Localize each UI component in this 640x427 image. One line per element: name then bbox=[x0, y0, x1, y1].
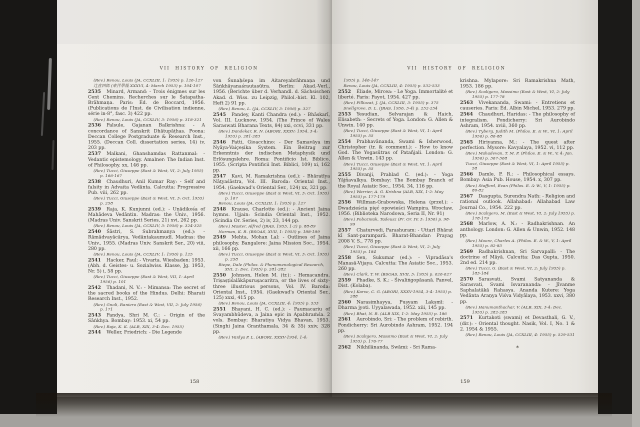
bib-entry-number: 2570 bbox=[460, 276, 478, 282]
scanned-book-photo: VII HISTORY OF RELIGION (Rev.) Renou, Lo… bbox=[0, 0, 640, 427]
bib-column-2: von Śunaḥśepa im Aitareyabrāhmaṇa und Śā… bbox=[213, 78, 330, 340]
running-header-left: VII HISTORY OF RELIGION bbox=[88, 66, 330, 71]
bib-entry-number: 2541 bbox=[88, 257, 106, 263]
book-edge-right bbox=[598, 0, 632, 414]
bib-entry-number: 2543 bbox=[88, 313, 106, 319]
bib-entry: 2542Thadani, N. V.: - Mimansa: The secre… bbox=[88, 285, 205, 302]
bib-entry-number: 2538 bbox=[88, 179, 106, 185]
bib-entry: 2544Weller, Friedrich: - Die Legende bbox=[88, 330, 205, 336]
bib-review-line: (Rev.) Tucci, Giuseppe (East & West, VII… bbox=[88, 275, 205, 285]
page-right-text-block: VII HISTORY OF RELIGION 1955) p. 146-147… bbox=[338, 66, 575, 351]
bib-review-line: (Rev.) Clark, T. W. (BSOAS, XVII, 3: 195… bbox=[338, 272, 453, 277]
page-edge-glint bbox=[47, 58, 52, 110]
bib-entry: 2571Kurtakoti (swami) et Devasthali, G. … bbox=[460, 315, 575, 332]
bib-entry-number: 2565 bbox=[460, 139, 478, 145]
bib-entry: 2555Divanji, Prahlad C. (ed.): - Yoga Yā… bbox=[338, 172, 453, 189]
bib-entry: 2548Krause, Charlotte (ed.): - Ancient J… bbox=[213, 207, 330, 224]
bib-review-line: Renou, Louis (JA, CCXLIII, 4: 1955) p. 5… bbox=[338, 83, 453, 88]
bib-entry: 2560Narasimhayya, Puṣyam Lakṣmī: - Dharm… bbox=[338, 300, 453, 311]
bib-entry-number: 2561 bbox=[338, 317, 356, 323]
bib-review-line: (Rev.) Scaligero, Massimo (East & West, … bbox=[338, 334, 453, 344]
bib-entry-number: 2567 bbox=[460, 194, 478, 200]
bib-review-line: (Rev.) Hanumanthachar, V. (ALB, XIX, 3-4… bbox=[460, 305, 575, 315]
bib-review-line: (Rev.) Tucci, Giuseppe (East & West, VI,… bbox=[88, 169, 205, 179]
bib-entry: 2556Willman-Grabowska, Helena (przeł.): … bbox=[338, 200, 453, 217]
bib-entry: 2557Chaturvedi, Parashuram: - Uttarī Bhā… bbox=[338, 227, 453, 244]
page-left: VII HISTORY OF RELIGION (Rev.) Renou, Lo… bbox=[57, 0, 332, 397]
bib-entry: 2564Chaudhuri, Haridas: - The philosophy… bbox=[460, 112, 575, 129]
bib-review-line: (Rev.) Scaligero, M. (East & West, VI, 2… bbox=[460, 211, 575, 221]
bib-entry-number: 2568 bbox=[460, 221, 478, 227]
bib-entry-number: 2548 bbox=[213, 207, 231, 213]
bib-entry: 2568Marlow, A. N.: - Radhakrishnan. An a… bbox=[460, 221, 575, 238]
bib-entry: 2552Éliade, Mircea: - Le Yoga. Immortali… bbox=[338, 89, 453, 100]
bib-entry-number: 2569 bbox=[460, 249, 478, 255]
bib-entry: 2554Prabhavānanda, Swami & Isherwood, Ch… bbox=[338, 139, 453, 161]
bib-entry-number: 2554 bbox=[338, 139, 356, 145]
bib-entry: 2536Palsule, Gajanan Balkrishna: - A con… bbox=[88, 123, 205, 151]
bib-entry: 2559Phadke, S. K.: - Śivaliṅgopāsanā. Pa… bbox=[338, 278, 453, 289]
bib-column-4: krishna. Mylapore: Sri Ramakrishna Math,… bbox=[460, 78, 575, 351]
bib-entry: 2570Sarasvati, Svami Satyananda & Sarasv… bbox=[460, 276, 575, 304]
bib-entry-number: 2553 bbox=[338, 111, 356, 117]
bib-review-line: (Rev.) Moore, Charles A. (Philos. E. & W… bbox=[460, 239, 575, 249]
bib-entry: 2543Pandya, Shri M. C.: - Origin of the … bbox=[88, 313, 205, 324]
bib-entry-number: 2536 bbox=[88, 123, 106, 129]
page-right: VII HISTORY OF RELIGION 1955) p. 146-147… bbox=[332, 0, 598, 397]
bib-entry: 2538Chaudhuri, Anil Kumar Ray: - Self an… bbox=[88, 179, 205, 196]
book-bottom-shadow bbox=[36, 393, 612, 417]
bib-entry-number: 2550 bbox=[213, 273, 231, 279]
section-end-mark: * bbox=[460, 344, 575, 351]
bib-entry-number: 2542 bbox=[88, 285, 106, 291]
bib-review-line: Renou, Louis (JA, CCXLIII, 1: 1955) p. 1… bbox=[213, 201, 330, 206]
bib-entry-number: 2555 bbox=[338, 172, 356, 178]
bib-review-line: (Rev.) Renou, Louis (JA, CCXLIII, 4: 195… bbox=[213, 301, 330, 306]
bib-entry-number: 2556 bbox=[338, 200, 356, 206]
bib-review-line: (Rev.) Tucci, Giuseppe (East & West, VI,… bbox=[88, 196, 205, 206]
bib-entry-number: 2549 bbox=[213, 235, 231, 241]
page-edge-glint bbox=[51, 140, 54, 170]
bib-review-line: (Rev.) Vaidya P. L. (ABORI, XXXV-1954, 1… bbox=[213, 335, 330, 340]
bib-entry-number: 2539 bbox=[88, 206, 106, 212]
page-edge-glint bbox=[41, 92, 45, 136]
bib-review-line: Snellgrove, D. L. (JRAS, 1956, 3-4) p. 2… bbox=[338, 106, 453, 111]
bib-review-line: Riepe, Dale (Philos. & Phenomenological … bbox=[213, 262, 330, 272]
bib-entry: 2535Minard, Armand: - Trois énigmes sur … bbox=[88, 89, 205, 117]
bib-entry: 2539Raja, K. Kunjunni (ed.): - Uṇādikośa… bbox=[88, 206, 205, 223]
bib-review-line: (Rev.) Warrier, A. G. Krishna (ALB, XIX,… bbox=[338, 189, 453, 199]
bib-review-line: (Rev.) Tucci, Giuseppe (East & West, VI,… bbox=[213, 191, 330, 201]
bib-review-line: (Rev.) Bhat, N. R. (ALB XIX, 1-2: May 19… bbox=[338, 311, 453, 316]
bib-entry: 2558Sen, Sukumar (ed.): - Vipradāsa's Ma… bbox=[338, 255, 453, 272]
bib-review-line: (Rev.) Renou, L. (JA, CCXLIV, 3: 1956) p… bbox=[213, 107, 330, 112]
bib-review-line: (Rev.) Mahadevan, T. M. P. (Philos. E. &… bbox=[460, 151, 575, 161]
bib-entry-number: 2540 bbox=[88, 229, 106, 235]
bib-entry-number: 2560 bbox=[338, 300, 356, 306]
bib-review-line: (Rev.) Renou, Louis (JA, CCXLIV, 3: 1956… bbox=[88, 117, 205, 122]
bib-entry-number: 2558 bbox=[338, 255, 356, 261]
bib-review-line: 辻直四郎 (東洋學報 XXXVI, 4: March 1953) p. 104-… bbox=[88, 83, 205, 88]
bib-entry: 2565Hiriyanna, M.: - The quest after per… bbox=[460, 139, 575, 150]
bib-entry-number: 2559 bbox=[338, 278, 356, 284]
bib-column-3: 1955) p. 146-147Renou, Louis (JA, CCXLII… bbox=[338, 78, 453, 351]
bib-review-line: (Rev.) Stafford, Evan (Philos. E. & W., … bbox=[460, 183, 575, 193]
bib-review-line: (Rev.) Tyberg, Judith M. (Philos. E. & W… bbox=[460, 129, 575, 139]
bib-review-line: (Rev.) Raja, K. K. (ALB, XIX, 3-4: Dec. … bbox=[88, 324, 205, 329]
bib-column-4-entries: krishna. Mylapore: Sri Ramakrishna Math,… bbox=[460, 78, 575, 337]
bib-review-line: (Rev.) Tucci, Giuseppe (East & West, VI,… bbox=[338, 162, 453, 172]
bib-review-line: (Rev.) Renou, Louis (JA, CCXLIV, 1: 1956… bbox=[88, 252, 205, 257]
bib-entry: 2549Mehta, Mohan Lal: - Outlines of Jain… bbox=[213, 235, 330, 252]
page-left-text-block: VII HISTORY OF RELIGION (Rev.) Renou, Lo… bbox=[88, 66, 330, 340]
bib-entry: 2569Radhakrishnan, Sri Sarvapalli: - The… bbox=[460, 249, 575, 266]
bib-entry-number: 2562 bbox=[338, 344, 356, 350]
bib-entry-number: 2546 bbox=[213, 140, 231, 146]
bib-entry-number: 2563 bbox=[460, 100, 478, 106]
bib-entry: 2545Pandey, Kanti Chandra (ed.): - Bhāsk… bbox=[213, 112, 330, 129]
bib-entry-number: 2557 bbox=[338, 227, 356, 233]
bib-entry-number: 2566 bbox=[460, 172, 478, 178]
bib-entry: 2551Bhayani, H. C. (ed.): - Paumacariu o… bbox=[213, 307, 330, 335]
bib-entry: 2540Śāstri, S. Subrahmanya (ed.): - Rāmā… bbox=[88, 229, 205, 251]
bib-entry-number: 2544 bbox=[88, 330, 106, 336]
bib-entry: 2550Johnson, Helen M. (tr.): - Hemacandr… bbox=[213, 273, 330, 301]
bib-entry-number: 2552 bbox=[338, 89, 356, 95]
bib-entry: 2563Vivekananda, Swami: - Entretiens et … bbox=[460, 100, 575, 111]
background-strip-right bbox=[632, 0, 640, 427]
bib-review-line: Tucci, Giuseppe (East & West, VI, 1: Apr… bbox=[460, 161, 575, 171]
bib-review-line: (Rev.) Tucci, Giuseppe (East & West, VI,… bbox=[338, 245, 453, 255]
bib-review-line: (Rev.) Scaligero, Massimo (East & West, … bbox=[460, 90, 575, 100]
bib-entry-number: 2571 bbox=[460, 315, 478, 321]
bib-review-line: (Rev.) Renou, Louis (JA, CCXLIII, 4: 195… bbox=[460, 333, 575, 338]
page-number-left: 158 bbox=[126, 379, 264, 385]
bib-review-line: (Rev.) Gnoli, Raniero (East & West, VII,… bbox=[88, 302, 205, 312]
bib-entry: 2553Yesudian, Selvarajan & Haich, Elisab… bbox=[338, 111, 453, 128]
running-header-right: VII HISTORY OF RELIGION bbox=[338, 66, 575, 71]
bib-entry-number: 2564 bbox=[460, 112, 478, 118]
bib-entry: 2562Nikhilānanda, Swāmi: - Sri Rama- bbox=[338, 344, 453, 350]
bib-entry-number: 2551 bbox=[213, 307, 231, 313]
bib-entry: 2566Damle, P. R.: - Philosophical essays… bbox=[460, 172, 575, 183]
bib-entry-number: 2547 bbox=[213, 174, 231, 180]
bib-column-1: (Rev.) Renou, Louis (JA, CCXLIII, 1: 195… bbox=[88, 78, 205, 340]
bib-entry: 2546Patti, Gioacchino: - Der Samavāya im… bbox=[213, 140, 330, 174]
bib-entry: 2567Dasgupta, Surendra Nath: - Religion … bbox=[460, 194, 575, 211]
bib-entry-continuation: krishna. Mylapore: Sri Ramakrishna Math,… bbox=[460, 78, 575, 89]
bib-entry-number: 2535 bbox=[88, 89, 106, 95]
bib-entry: 2561Aurobindo, Sri: - The problem of reb… bbox=[338, 317, 453, 334]
bib-entry-number: 2537 bbox=[88, 151, 106, 157]
bib-review-line: (Rev.) Tucci, Giuseppe (East & West, VI,… bbox=[213, 252, 330, 262]
bib-entry-continuation: von Śunaḥśepa im Aitareyabrāhmaṇa und Śā… bbox=[213, 78, 330, 106]
column-container: 1955) p. 146-147Renou, Louis (JA, CCXLII… bbox=[338, 78, 575, 351]
bib-review-line: (Rev.) Tucci, Giuseppe (East & West, VI,… bbox=[338, 129, 453, 139]
bib-entry-number: 2545 bbox=[213, 112, 231, 118]
column-container: (Rev.) Renou, Louis (JA, CCXLIII, 1: 195… bbox=[88, 78, 330, 340]
bib-entry: 2547Kavi, M. Ramakrishna (ed.): - Bhārat… bbox=[213, 174, 330, 191]
bib-entry: 2537Malkani, Ghanshamdas Rattanmal: - Ve… bbox=[88, 151, 205, 168]
bib-review-line: Norman, K. R. (BSOAS, XVII, 1: 1955) p. … bbox=[213, 229, 330, 234]
bib-review-line: (Rev.) Renou, Louis (JA, CCXLIV, 3: 1956… bbox=[88, 224, 205, 229]
bib-review-line: (Rev.) Dandekar, R. N. (ABORI, XXXV: 195… bbox=[213, 129, 330, 139]
bib-review-line: (Rev.) Tucci, G. (East & West, VI, 2: Ju… bbox=[460, 266, 575, 276]
book-edge-left bbox=[0, 0, 57, 414]
bib-review-line: (Rev.) Karve, C. G. (ABORI, XXXV-1954, 3… bbox=[338, 289, 453, 299]
page-number-right: 159 bbox=[399, 379, 532, 385]
bib-review-line: (Rev.) Pobożniak, Tadeusz (Pr. Or. IV, 3… bbox=[338, 217, 453, 227]
bib-entry: 2541Hacker, Paul: - Vivarta. Wiesbaden: … bbox=[88, 257, 205, 274]
